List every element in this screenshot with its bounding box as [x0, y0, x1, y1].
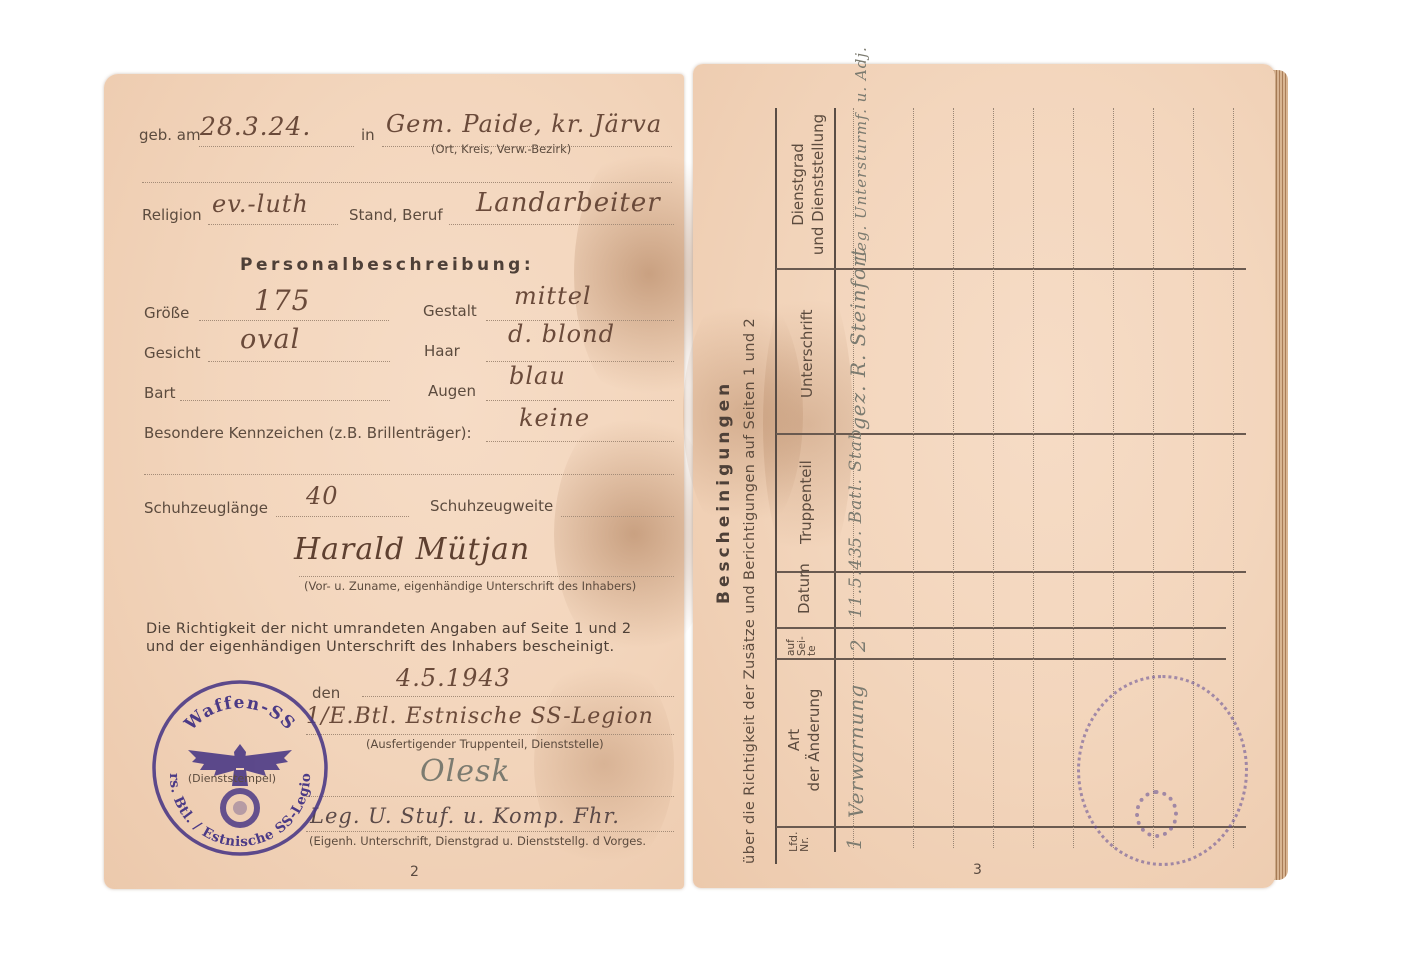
- shoe-width-line: [561, 516, 674, 517]
- holder-signature-hint: (Vor- u. Zuname, eigenhändige Unterschri…: [304, 579, 636, 593]
- column-header-unterschrift: Unterschrift: [798, 309, 816, 398]
- holder-signature-line: [299, 576, 674, 577]
- birth-date: 28.3.24.: [200, 112, 311, 141]
- svg-text:Waffen-SS: Waffen-SS: [180, 693, 299, 735]
- faded-stamp-emblem-icon: [1135, 790, 1178, 838]
- face-label: Gesicht: [144, 344, 200, 362]
- date-value: 4.5.1943: [396, 664, 511, 692]
- page-number: 2: [410, 864, 419, 880]
- column-header-seite: auf Sei- te: [786, 636, 818, 656]
- profession-line: [449, 224, 674, 225]
- officer-rank-line: [306, 831, 674, 832]
- shoe-length-label: Schuhzeuglänge: [144, 499, 268, 517]
- profession-label: Stand, Beruf: [349, 206, 443, 224]
- face-line: [208, 361, 390, 362]
- table-border: [775, 108, 777, 864]
- stamp-seal-icon: Waffen-SS Ers. Btl. / Estnische SS-Legio…: [150, 678, 330, 858]
- certification-line-1: Die Richtigkeit der nicht umrandeten Ang…: [146, 620, 631, 639]
- religion-value: ev.-luth: [212, 190, 309, 218]
- column-header-datum: Datum: [795, 563, 813, 614]
- entry-dienstgrad: Leg. Untersturmf. u. Adj.: [852, 46, 870, 262]
- officer-signature: Olesk: [420, 754, 511, 789]
- beard-label: Bart: [144, 384, 176, 402]
- hair-label: Haar: [424, 342, 460, 360]
- holder-signature: Harald Mütjan: [294, 532, 530, 567]
- birth-place: Gem. Paide, kr. Järva: [386, 110, 662, 138]
- column-header-truppenteil: Truppenteil: [797, 460, 815, 544]
- entry-line: [993, 108, 994, 848]
- entry-line: [953, 108, 954, 848]
- official-stamp: Waffen-SS Ers. Btl. / Estnische SS-Legio…: [150, 678, 330, 858]
- column-header-art: Art der Änderung: [784, 660, 824, 820]
- birth-place-hint: (Ort, Kreis, Verw.-Bezirk): [431, 142, 571, 156]
- svg-text:(Dienststempel): (Dienststempel): [188, 772, 276, 785]
- entry-datum: 11.5.43: [846, 546, 866, 618]
- certification-line-2: und der eigenhändigen Unterschrift des I…: [146, 638, 614, 657]
- faded-stamp-icon: [1077, 675, 1248, 866]
- birth-place-label: in: [361, 126, 375, 144]
- marks-value: keine: [519, 404, 590, 432]
- entry-line: [913, 108, 914, 848]
- table-row-divider: [776, 627, 1226, 629]
- entry-seite: 2: [846, 638, 870, 652]
- table-border: [834, 108, 836, 852]
- eyes-line: [486, 400, 674, 401]
- column-header-nr: Lfd. Nr.: [788, 832, 810, 852]
- date-line: [362, 696, 674, 697]
- shoe-width-label: Schuhzeugweite: [430, 497, 553, 515]
- column-header-dienstgrad: Dienstgrad und Dienststellung: [788, 107, 828, 262]
- eyes-label: Augen: [428, 382, 476, 400]
- beard-line: [180, 400, 390, 401]
- birth-label: geb. am: [139, 126, 201, 144]
- unit-line: [306, 734, 674, 735]
- religion-label: Religion: [142, 206, 202, 224]
- profession-value: Landarbeiter: [476, 188, 661, 218]
- shoe-length-line: [276, 516, 409, 517]
- officer-rank: Leg. U. Stuf. u. Komp. Fhr.: [310, 804, 620, 828]
- unit-value: 1/E.Btl. Estnische SS-Legion: [306, 704, 654, 729]
- birth-date-line: [199, 146, 354, 147]
- marks-line: [486, 441, 674, 442]
- marks-label: Besondere Kennzeichen (z.B. Brillenträge…: [144, 424, 472, 442]
- height-line: [199, 320, 389, 321]
- eyes-value: blau: [509, 362, 566, 390]
- separator-line: [144, 474, 674, 475]
- unit-hint: (Ausfertigender Truppenteil, Dienststell…: [366, 737, 604, 751]
- entry-line: [1073, 108, 1074, 848]
- entry-truppenteil: 5. Batl. Stab: [846, 428, 866, 548]
- separator-line: [142, 182, 672, 183]
- table-subtitle: über die Richtigkeit der Zusätze und Ber…: [742, 318, 758, 864]
- build-value: mittel: [514, 282, 592, 310]
- entry-nr: 1: [842, 836, 866, 850]
- face-value: oval: [240, 324, 300, 355]
- religion-line: [208, 224, 338, 225]
- height-value: 175: [254, 284, 310, 317]
- table-title: Bescheinigungen: [714, 380, 734, 604]
- shoe-length-value: 40: [306, 482, 339, 510]
- entry-unterschrift: gez. R. Steinfort: [846, 247, 870, 430]
- officer-signature-line: [306, 796, 674, 797]
- hair-value: d. blond: [508, 320, 615, 348]
- description-heading: Personalbeschreibung:: [240, 255, 534, 275]
- build-label: Gestalt: [423, 302, 477, 320]
- entry-line: [1033, 108, 1034, 848]
- officer-hint: (Eigenh. Unterschrift, Dienstgrad u. Die…: [309, 834, 646, 848]
- page-number: 3: [973, 862, 982, 878]
- table-row-divider: [776, 658, 1226, 660]
- entry-art: Verwarnung: [844, 684, 868, 818]
- height-label: Größe: [144, 304, 189, 322]
